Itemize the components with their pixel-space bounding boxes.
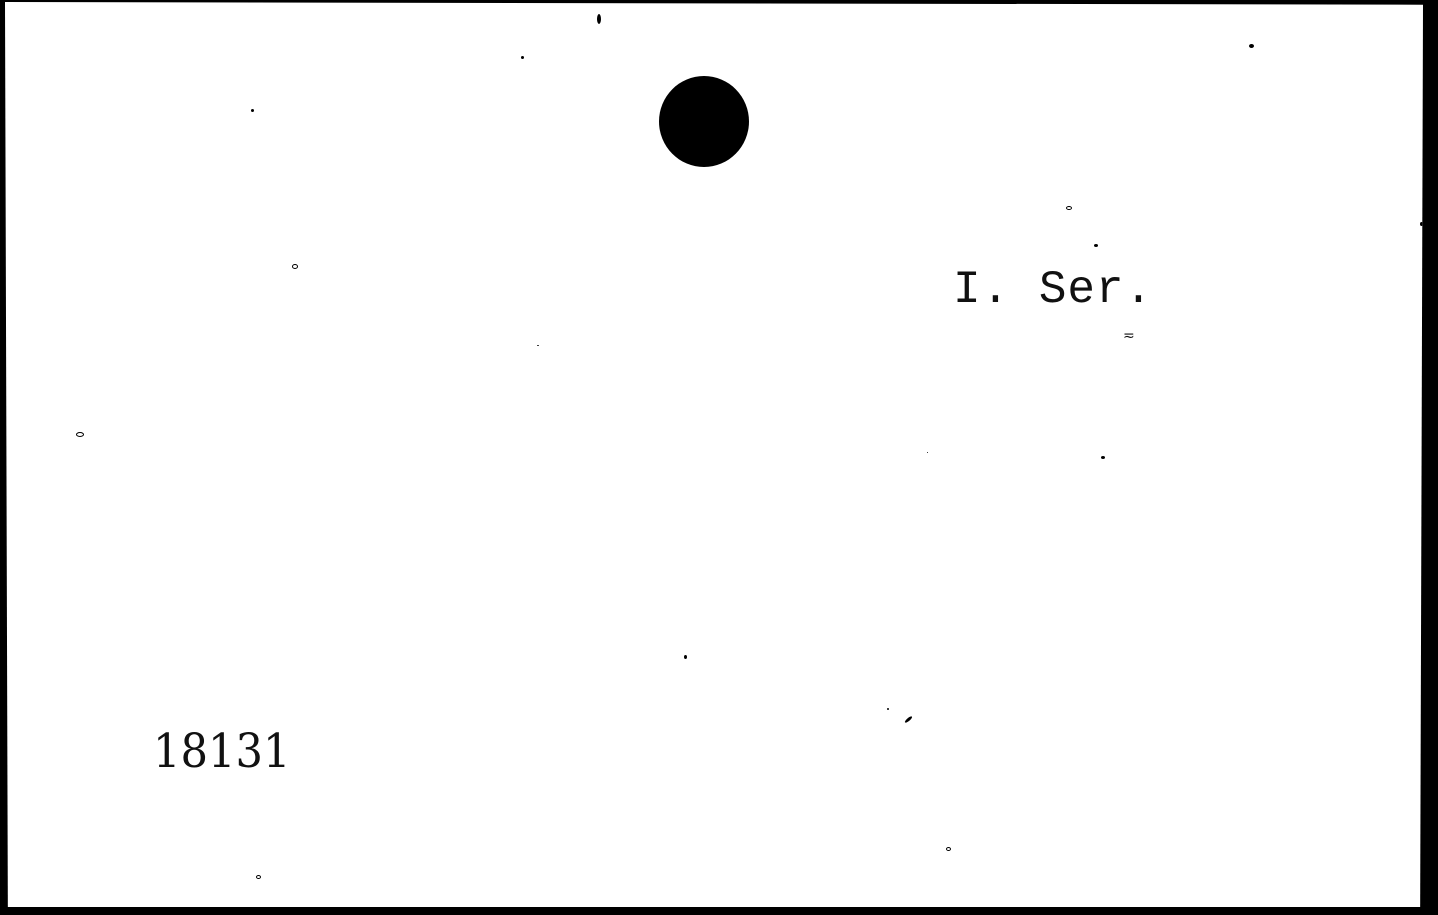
speck [521, 56, 524, 59]
speck [597, 14, 601, 24]
card-number: 18131 [153, 724, 291, 779]
speck [684, 655, 687, 659]
speck-ring [946, 847, 951, 851]
punch-hole [659, 76, 749, 167]
speck [1101, 456, 1105, 459]
speck [251, 109, 254, 112]
speck [887, 708, 889, 710]
speck [1094, 244, 1098, 247]
pen-stroke [904, 715, 913, 723]
tilde-mark: ≂ [1123, 328, 1135, 344]
series-label: I. Ser. [953, 264, 1153, 316]
speck [927, 452, 928, 453]
speck-ring [1066, 206, 1072, 210]
speck-ring [76, 432, 84, 437]
speck-ring [292, 264, 298, 269]
speck [1420, 222, 1423, 226]
speck [1249, 44, 1254, 48]
speck-ring [256, 875, 261, 879]
index-card: I. Ser. 18131 ≂ [5, 2, 1423, 907]
speck [537, 345, 539, 346]
